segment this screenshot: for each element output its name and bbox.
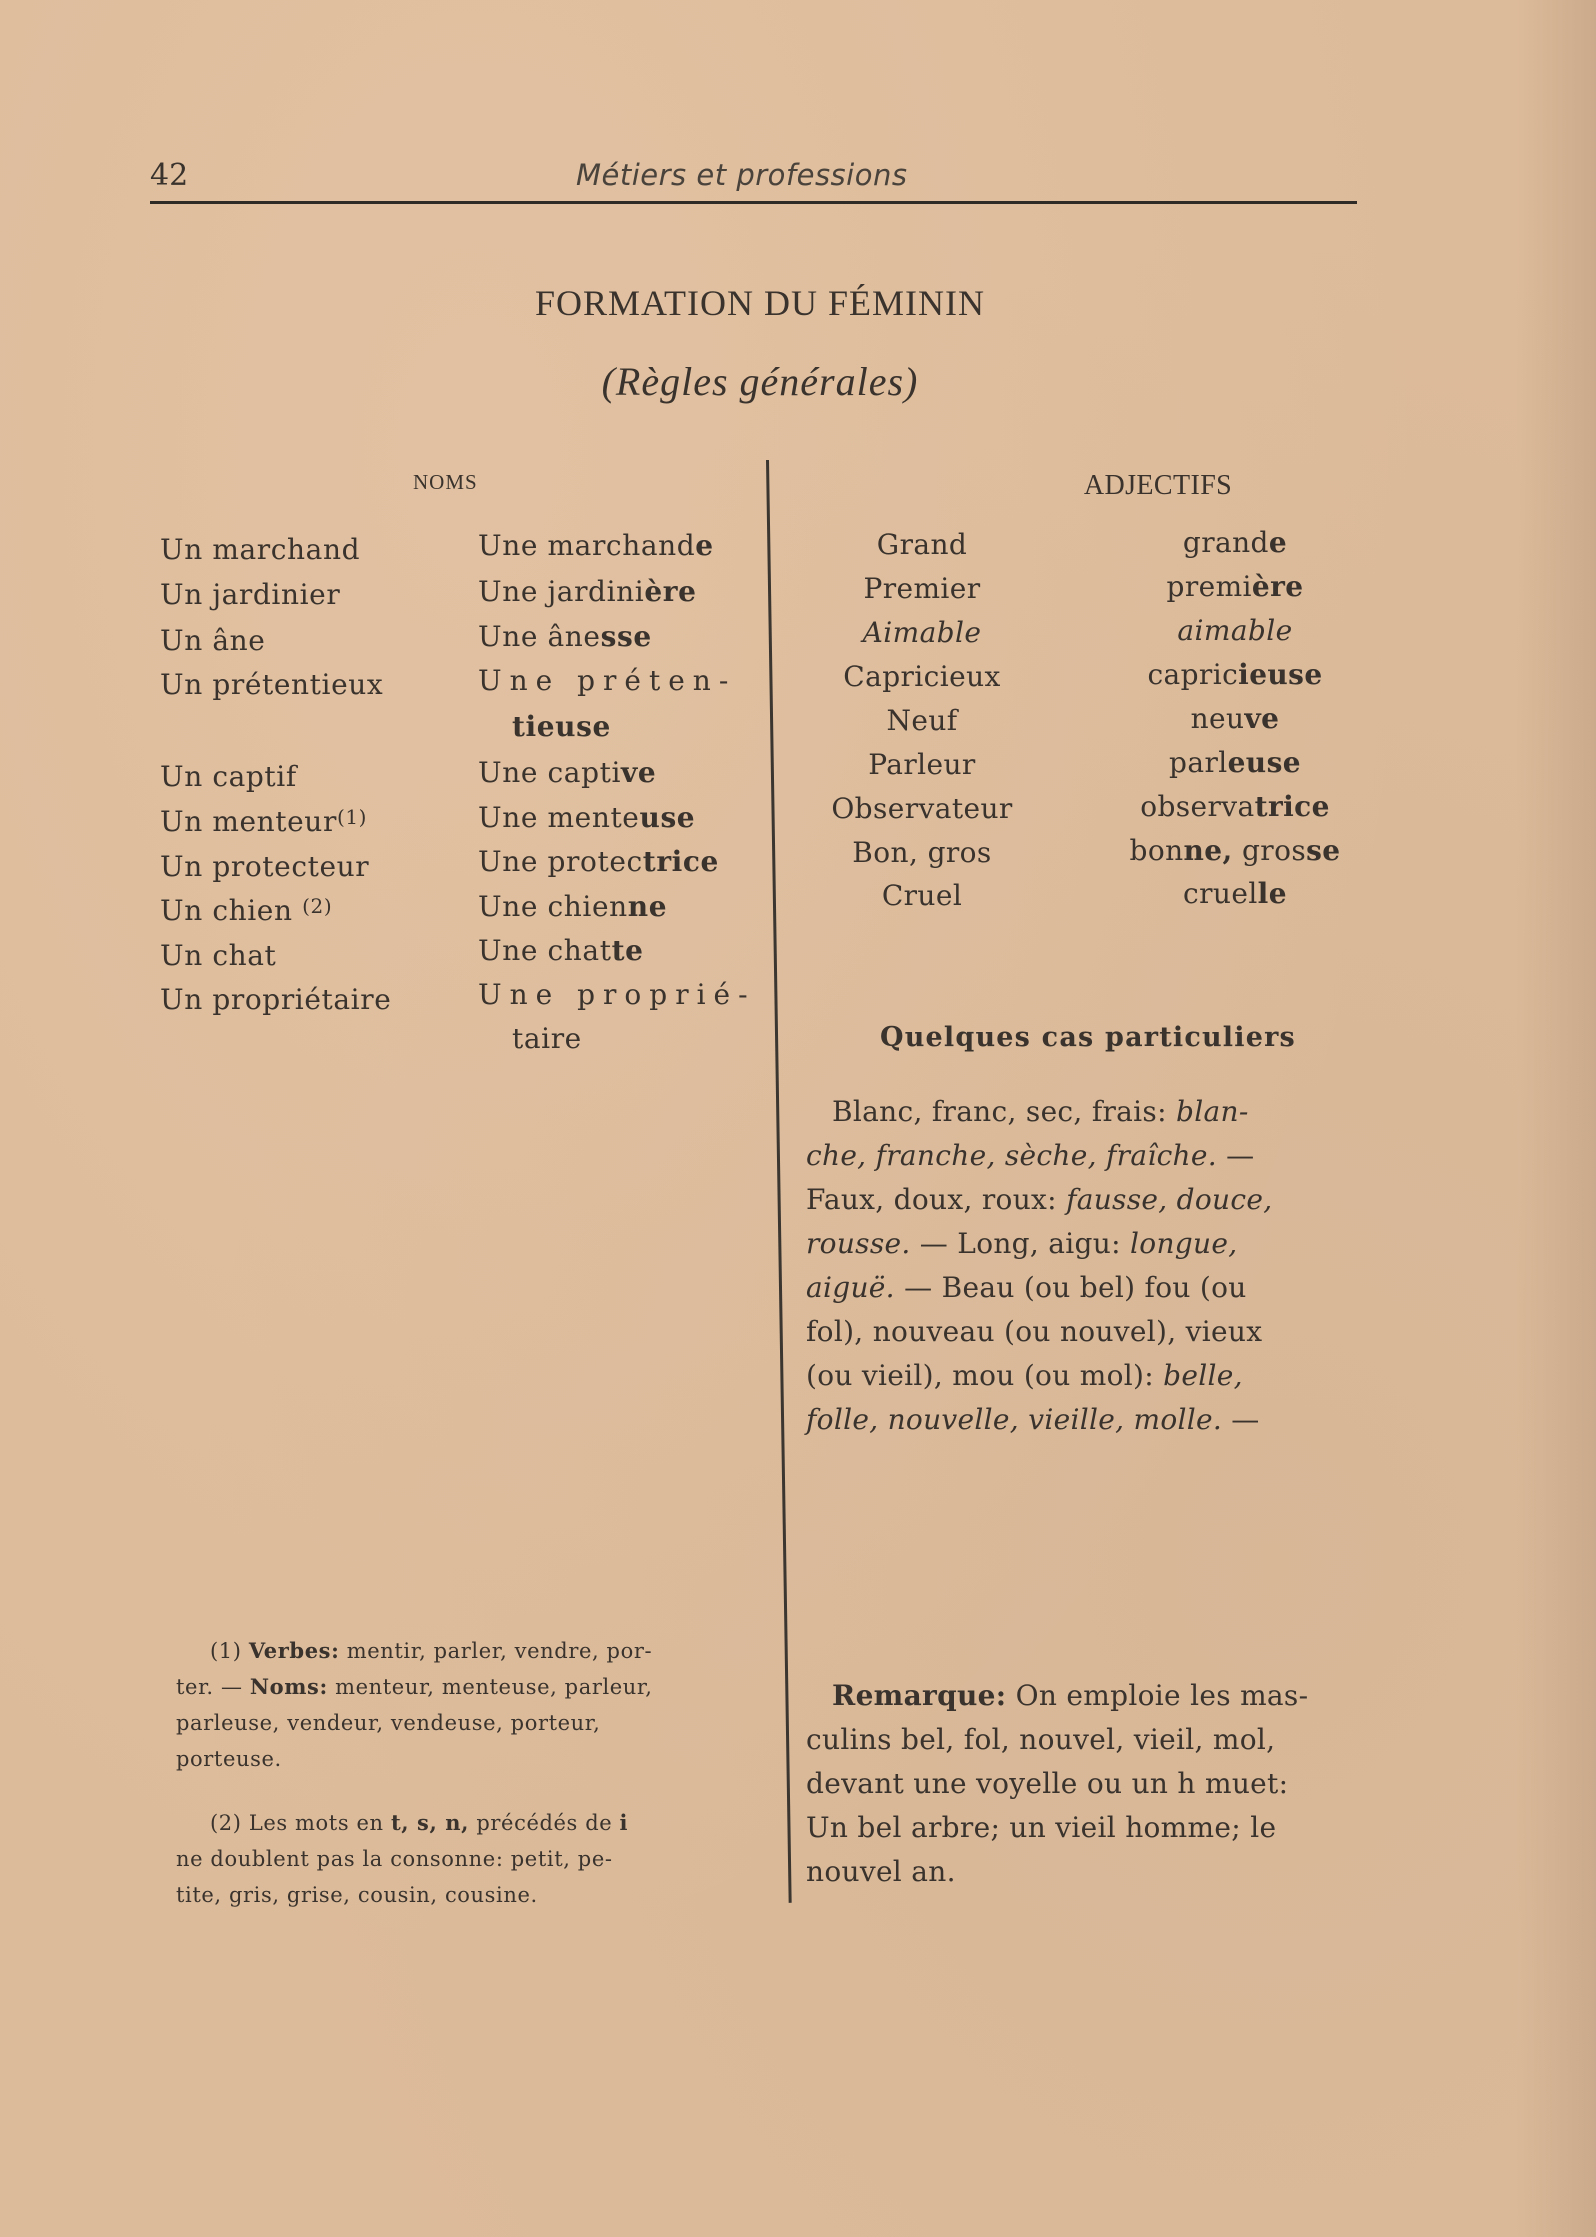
remarque-label: Remarque: xyxy=(832,1679,1006,1712)
adj-masc: Capricieux xyxy=(772,660,1072,693)
noun-masc: Un âne xyxy=(160,624,265,657)
particuliers-paragraph: Blanc, franc, sec, frais: blan- che, fra… xyxy=(806,1090,1386,1442)
noun-fem: Une captive xyxy=(478,756,656,789)
particuliers-heading: Quelques cas particuliers xyxy=(880,1022,1296,1053)
noun-fem: Une chatte xyxy=(478,934,644,967)
adj-masc: Premier xyxy=(772,572,1072,605)
para-line: Blanc, franc, sec, frais: blan- xyxy=(806,1090,1386,1134)
para-line: Faux, doux, roux: fausse, douce, xyxy=(806,1178,1386,1222)
adj-fem: première xyxy=(1085,570,1385,603)
header-rule xyxy=(150,201,1357,204)
noun-fem: Une jardinière xyxy=(478,575,697,608)
running-title: Métiers et professions xyxy=(576,158,907,192)
para-line: folle, nouvelle, vieille, molle. — xyxy=(806,1398,1386,1442)
adj-masc: Aimable xyxy=(772,616,1072,649)
noun-masc: Un chien (2) xyxy=(160,894,332,927)
adjectifs-heading: ADJECTIFS xyxy=(1008,470,1308,502)
noun-fem: Une ânesse xyxy=(478,620,652,653)
adj-fem: parleuse xyxy=(1085,746,1385,779)
adj-fem: observatrice xyxy=(1085,790,1385,823)
para-line: (ou vieil), mou (ou mol): belle, xyxy=(806,1354,1386,1398)
footnote-2: (2) Les mots en t, s, n, précédés de i n… xyxy=(176,1805,758,1913)
noun-masc: Un captif xyxy=(160,760,297,793)
adj-fem: cruelle xyxy=(1085,877,1385,910)
noun-masc: Un menteur(1) xyxy=(160,805,367,838)
para-line: fol), nouveau (ou nouvel), vieux xyxy=(806,1310,1386,1354)
adj-fem: bonne, grosse xyxy=(1085,834,1385,867)
noms-heading: NOMS xyxy=(413,470,478,495)
noun-masc: Un propriétaire xyxy=(160,983,391,1016)
noun-fem: Une proprié- xyxy=(478,978,756,1011)
noun-fem-continued: tieuse xyxy=(512,710,611,743)
noun-fem-continued: taire xyxy=(512,1022,582,1055)
noun-fem: Une protectrice xyxy=(478,845,719,878)
adj-fem: neuve xyxy=(1085,702,1385,735)
para-line: rousse. — Long, aigu: longue, xyxy=(806,1222,1386,1266)
noun-masc: Un jardinier xyxy=(160,578,340,611)
noun-masc: Un protecteur xyxy=(160,850,369,883)
adj-fem: aimable xyxy=(1085,614,1385,647)
noun-masc: Un marchand xyxy=(160,533,360,566)
page-title: FORMATION DU FÉMININ xyxy=(0,282,1520,324)
adj-masc: Parleur xyxy=(772,748,1072,781)
noun-fem: Une marchande xyxy=(478,529,714,562)
adj-masc: Neuf xyxy=(772,704,1072,737)
adj-masc: Cruel xyxy=(772,879,1072,912)
page-subtitle: (Règles générales) xyxy=(0,358,1520,405)
remarque-paragraph: Remarque: On emploie les mas- culins bel… xyxy=(806,1674,1386,1894)
noun-masc: Un prétentieux xyxy=(160,668,383,701)
para-line: che, franche, sèche, fraîche. — xyxy=(806,1134,1386,1178)
page-number: 42 xyxy=(150,158,188,193)
adj-masc: Observateur xyxy=(772,792,1072,825)
adj-fem: capricieuse xyxy=(1085,658,1385,691)
noun-fem: Une menteuse xyxy=(478,801,695,834)
noun-fem: Une préten- xyxy=(478,664,736,697)
footnote-1: (1) Verbes: mentir, parler, vendre, por-… xyxy=(176,1633,758,1777)
adj-masc: Grand xyxy=(772,528,1072,561)
adj-fem: grande xyxy=(1085,526,1385,559)
adj-masc: Bon, gros xyxy=(772,836,1072,869)
noun-fem: Une chienne xyxy=(478,890,667,923)
noun-masc: Un chat xyxy=(160,939,276,972)
para-line: aiguë. — Beau (ou bel) fou (ou xyxy=(806,1266,1386,1310)
